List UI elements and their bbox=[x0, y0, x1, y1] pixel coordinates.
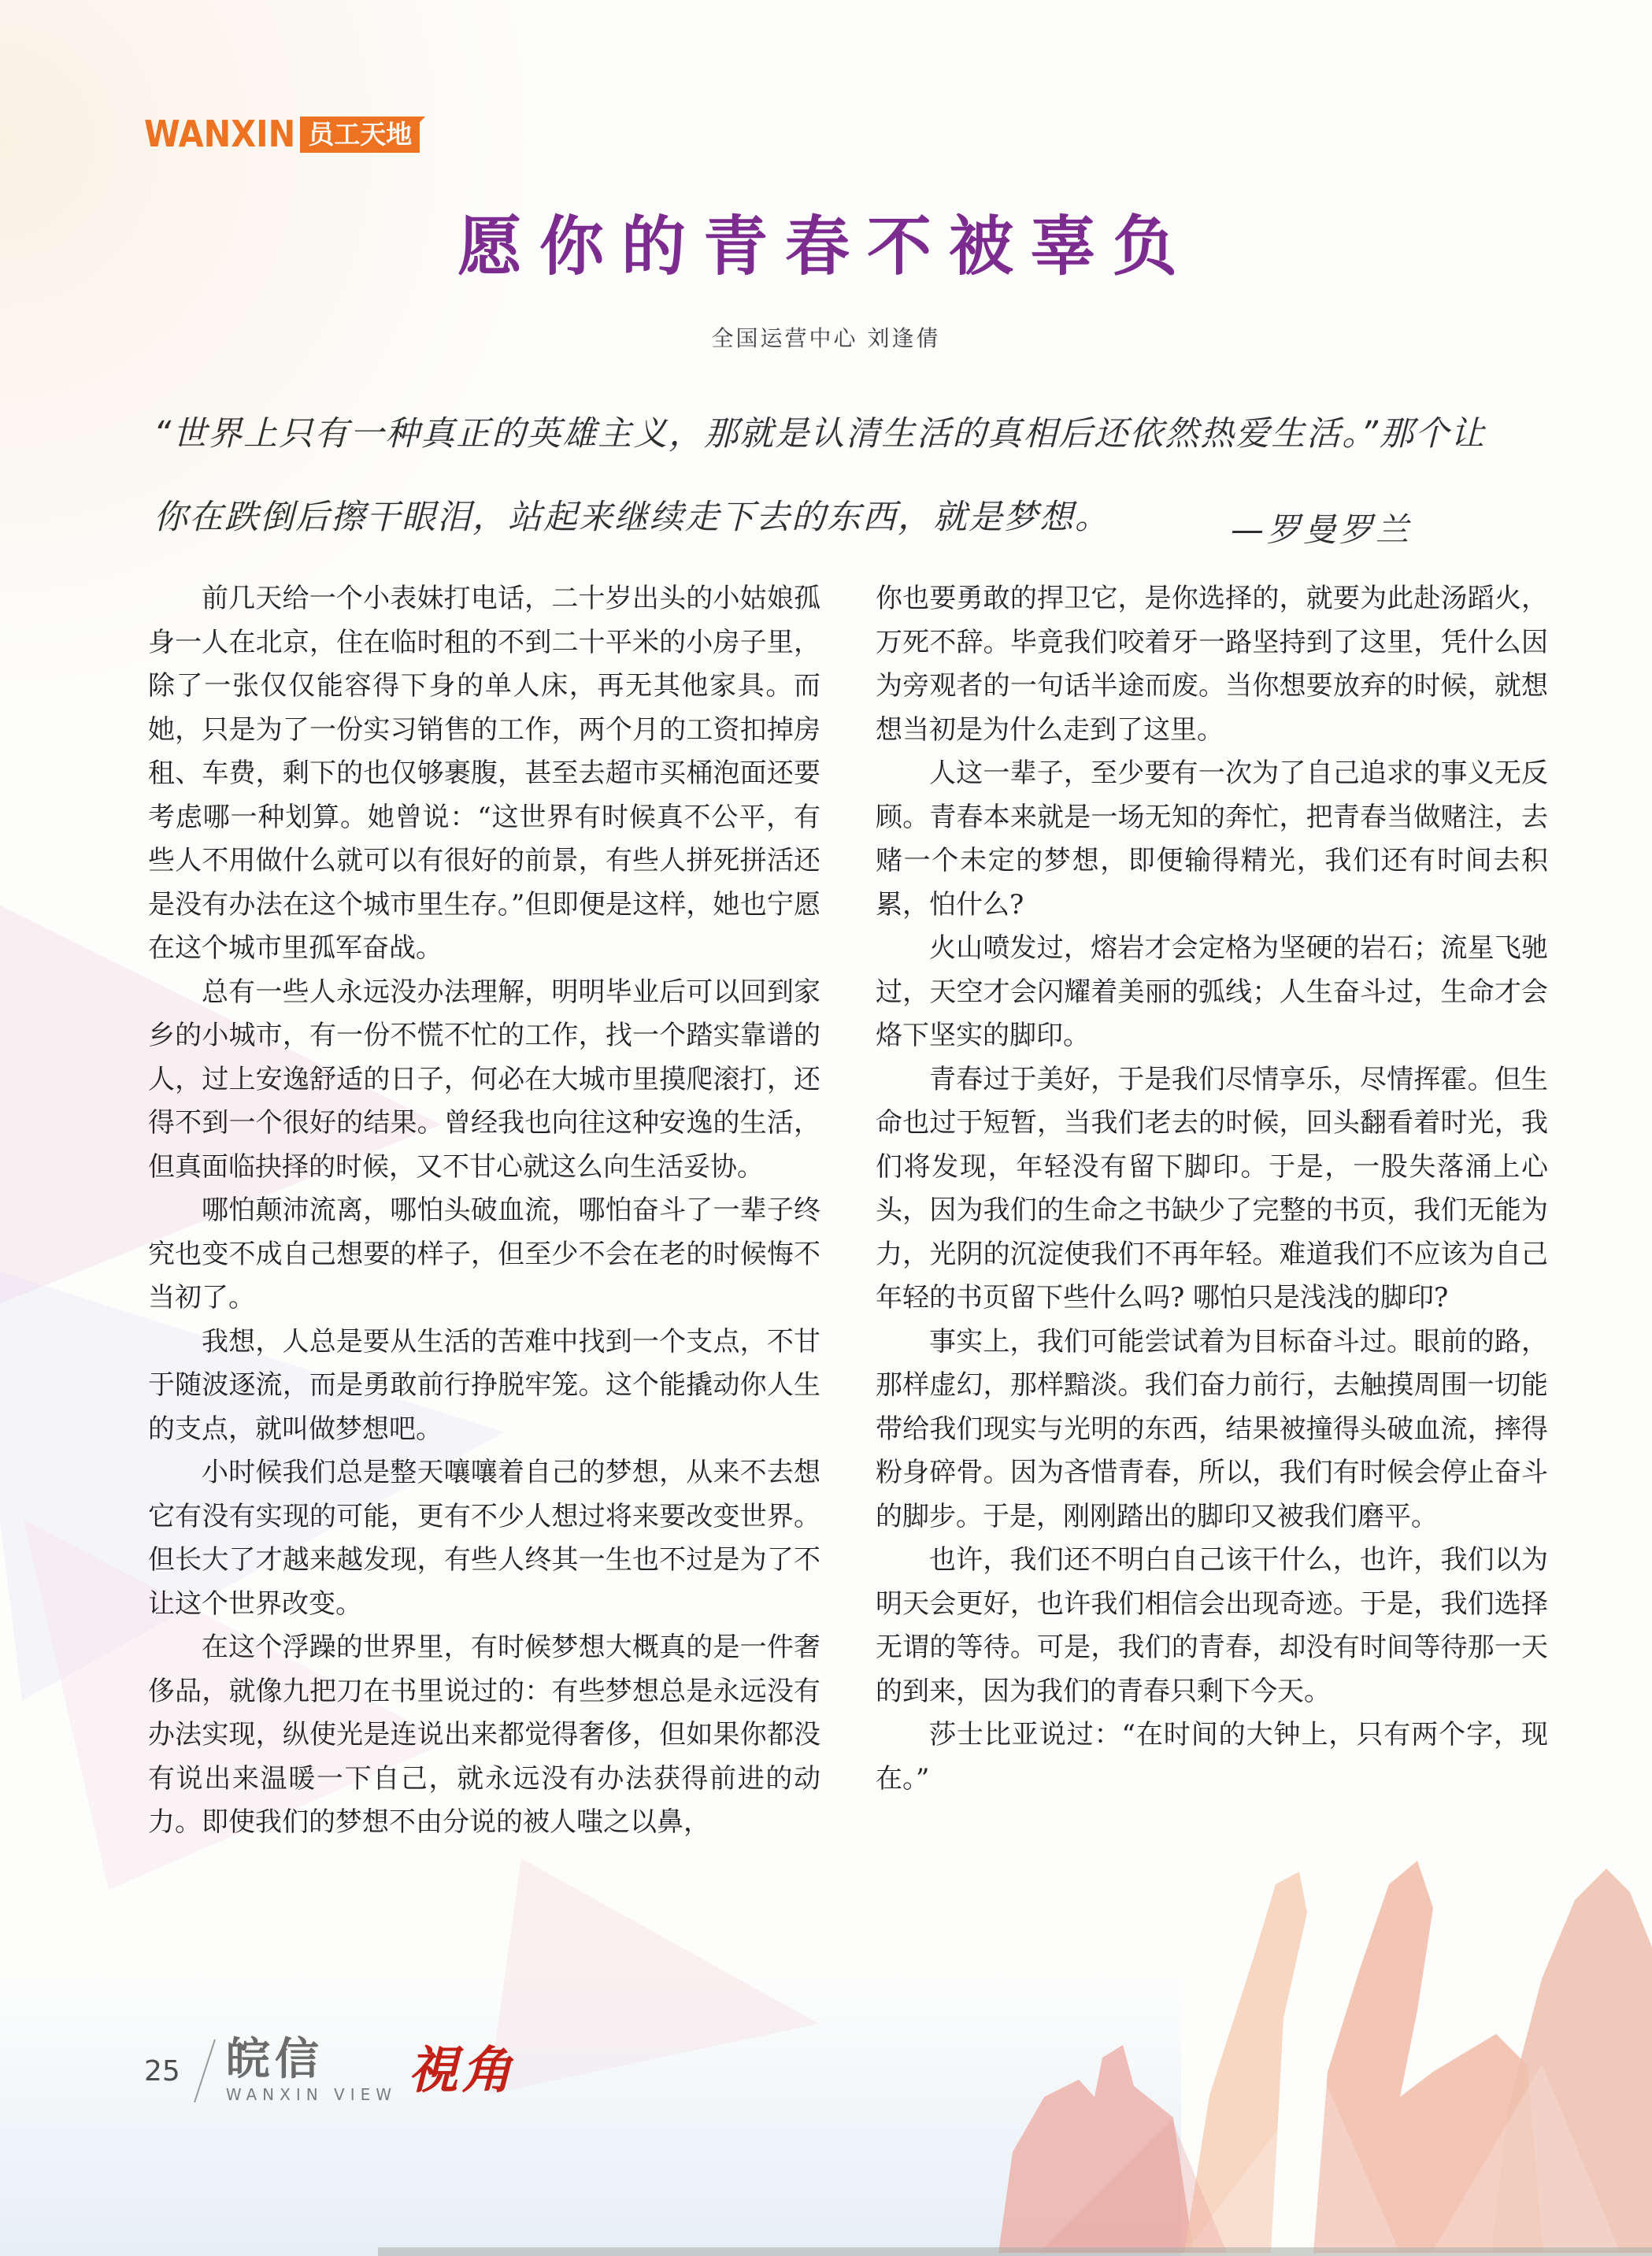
magazine-page: { "header": { "brand": "WANXIN", "brand_… bbox=[0, 0, 1652, 2256]
brand-logo: WANXIN 员工天地 bbox=[144, 117, 420, 153]
body-paragraph: 哪怕颠沛流离，哪怕头破血流，哪怕奋斗了一辈子终究也变不成自己想要的样子，但至少不… bbox=[148, 1189, 820, 1321]
quote-attribution: —罗曼罗兰 bbox=[1231, 504, 1412, 551]
page-footer: 25 皖信 WANXIN VIEW 視角 bbox=[144, 2038, 515, 2104]
footer-divider bbox=[194, 2039, 216, 2103]
page-number: 25 bbox=[144, 2055, 180, 2087]
body-paragraph: 青春过于美好，于是我们尽情享乐，尽情挥霍。但生命也过于短暂，当我们老去的时候，回… bbox=[876, 1058, 1548, 1321]
body-paragraph: 小时候我们总是整天嚷嚷着自己的梦想，从来不去想它有没有实现的可能，更有不少人想过… bbox=[148, 1451, 820, 1626]
footer-logo-chinese: 皖信 bbox=[226, 2038, 397, 2082]
body-paragraph: 你也要勇敢的捍卫它，是你选择的，就要为此赴汤蹈火，万死不辞。毕竟我们咬着牙一路坚… bbox=[876, 577, 1548, 752]
body-column-left: 前几天给一个小表妹打电话，二十岁出头的小姑娘孤身一人在北京，住在临时租的不到二十… bbox=[148, 577, 820, 1845]
body-paragraph: 事实上，我们可能尝试着为目标奋斗过。眼前的路，那样虚幻，那样黯淡。我们奋力前行，… bbox=[876, 1321, 1548, 1539]
body-paragraph: 人这一辈子，至少要有一次为了自己追求的事义无反顾。青春本来就是一场无知的奔忙，把… bbox=[876, 752, 1548, 927]
article-byline: 全国运营中心 刘逢倩 bbox=[0, 321, 1652, 353]
page-title: 愿你的青春不被辜负 bbox=[0, 195, 1652, 287]
body-paragraph: 总有一些人永远没办法理解，明明毕业后可以回到家乡的小城市，有一份不慌不忙的工作，… bbox=[148, 971, 820, 1190]
watercolor-decoration bbox=[488, 1858, 819, 2095]
body-paragraph: 在这个浮躁的世界里，有时候梦想大概真的是一件奢侈品，就像九把刀在书里说过的：有些… bbox=[148, 1626, 820, 1845]
body-column-right: 你也要勇敢的捍卫它，是你选择的，就要为此赴汤蹈火，万死不辞。毕竟我们咬着牙一路坚… bbox=[876, 577, 1548, 1801]
footer-logo-red-calligraphy: 視角 bbox=[408, 2046, 515, 2096]
body-paragraph: 火山喷发过，熔岩才会定格为坚硬的岩石；流星飞驰过，天空才会闪耀着美丽的弧线；人生… bbox=[876, 927, 1548, 1058]
body-paragraph: 我想，人总是要从生活的苦难中找到一个支点，不甘于随波逐流，而是勇敢前行挣脱牢笼。… bbox=[148, 1321, 820, 1452]
footer-logo-english: WANXIN VIEW bbox=[226, 2085, 397, 2104]
footer-logo: 皖信 WANXIN VIEW bbox=[226, 2038, 397, 2104]
body-paragraph: 也许，我们还不明白自己该干什么，也许，我们以为明天会更好，也许我们相信会出现奇迹… bbox=[876, 1539, 1548, 1713]
brand-badge: 员工天地 bbox=[300, 117, 420, 153]
brand-wordmark: WANXIN bbox=[144, 117, 295, 153]
people-silhouette-graphic bbox=[991, 1836, 1652, 2256]
body-paragraph: 前几天给一个小表妹打电话，二十岁出头的小姑娘孤身一人在北京，住在临时租的不到二十… bbox=[148, 577, 820, 971]
body-paragraph: 莎士比亚说过：“在时间的大钟上，只有两个字，现在。” bbox=[876, 1713, 1548, 1801]
people-silhouette-svg bbox=[991, 1836, 1652, 2253]
